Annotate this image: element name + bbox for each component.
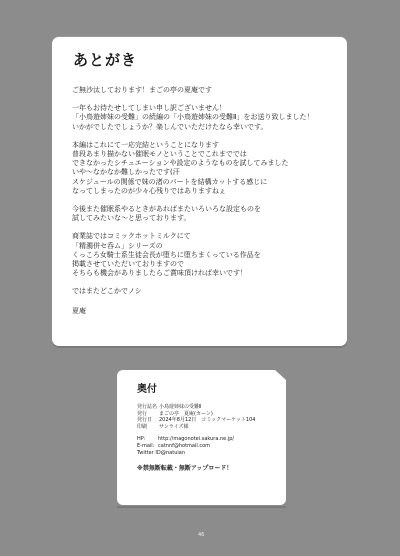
- text-line: スケジュールの関係で妹の渚のパートを結構カットする感じに: [72, 178, 329, 187]
- text-line: そちらも機会がありましたらご賞味頂ければ幸いです！: [72, 269, 329, 278]
- colophon-panel: 奥付 発行誌名 小鳥遊姉妹の受難Ⅱ 発行 まごの亭 夏庵(カーン) 発行日 20…: [117, 370, 286, 505]
- info-row-title: 発行誌名 小鳥遊姉妹の受難Ⅱ: [137, 404, 276, 411]
- publication-info: 発行誌名 小鳥遊姉妹の受難Ⅱ 発行 まごの亭 夏庵(カーン) 発行日 2024年…: [137, 404, 276, 430]
- paragraph-commercial: 商業誌ではコミックホットミルクにて 「精濁併セ呑ム」シリーズの くっころ女騎士系…: [72, 232, 329, 278]
- text-line: 今後また催眠系やるときがあればまたいろいろな設定ものを: [72, 205, 329, 214]
- colophon-title: 奥付: [137, 380, 276, 395]
- text-line: 試してみたいな～と思っております。: [72, 214, 329, 223]
- contact-twitter: @natuian: [161, 450, 185, 457]
- afterword-panel: あとがき ご無沙汰しております！まごの亭の夏庵です 一年もお待たせしてしまい申し…: [52, 37, 347, 346]
- contact-key: HP:: [137, 436, 158, 443]
- contact-row-twitter: Twitter ID: @natuian: [137, 450, 276, 457]
- text-line: 掲載させていただいておりますので: [72, 260, 329, 269]
- text-line: 「精濁併セ呑ム」シリーズの: [72, 242, 329, 251]
- contact-info: HP: http://magonotei.sakura.ne.jp/ E-mai…: [137, 436, 276, 456]
- text-line: なってしまったのが少々心残りではありますねぇ: [72, 187, 329, 196]
- paragraph-greeting: ご無沙汰しております！まごの亭の夏庵です: [72, 86, 329, 95]
- text-line: 本編はこれにて一応完結ということになります: [72, 141, 329, 150]
- info-key: 印刷: [137, 424, 159, 431]
- info-row-date: 発行日 2024年8月12日 コミックマーケット104: [137, 417, 276, 424]
- colophon-shadow: [117, 506, 286, 508]
- contact-row-hp: HP: http://magonotei.sakura.ne.jp/: [137, 436, 276, 443]
- info-key: 発行誌名: [137, 404, 159, 411]
- contact-homepage-link: http://magonotei.sakura.ne.jp/: [158, 436, 234, 443]
- text-line: いや～なかなか難しかったです(汗: [72, 168, 329, 177]
- info-value: 2024年8月12日 コミックマーケット104: [159, 417, 255, 424]
- contact-email: catnnf@hotmail.com: [158, 443, 210, 450]
- text-line: ではまたどこかでノシ: [72, 287, 329, 296]
- text-line: 「小鳥遊姉妹の受難」の続編の「小鳥遊姉妹の受難Ⅱ」をお送り致しました！: [72, 113, 329, 122]
- paragraph-future: 今後また催眠系やるときがあればまたいろいろな設定ものを 試してみたいな～と思って…: [72, 205, 329, 223]
- info-value: サンライズ様: [159, 424, 189, 431]
- copyright-notice: ※禁無断転載・無断アップロード！: [137, 463, 276, 472]
- text-line: 普段あまり描かない催眠モノということでこれまででは: [72, 150, 329, 159]
- text-line: いかがでしたでしょうか？楽しんでいただけたなら幸いです。: [72, 123, 329, 132]
- paragraph-story-notes: 本編はこれにて一応完結ということになります 普段あまり描かない催眠モノということ…: [72, 141, 329, 196]
- paragraph-farewell: ではまたどこかでノシ: [72, 287, 329, 296]
- paragraph-apology: 一年もお待たせしてしまい申し訳ございません！ 「小鳥遊姉妹の受難」の続編の「小鳥…: [72, 104, 329, 132]
- page-number: 46: [198, 532, 204, 538]
- signature: 夏庵: [72, 306, 329, 316]
- text-line: くっころ女騎士系生徒会長が堕ちに堕ちまくっている作品を: [72, 251, 329, 260]
- afterword-title: あとがき: [73, 49, 329, 70]
- contact-key: E-mail:: [137, 443, 158, 450]
- text-line: 商業誌ではコミックホットミルクにて: [72, 232, 329, 241]
- contact-row-email: E-mail: catnnf@hotmail.com: [137, 443, 276, 450]
- info-row-printer: 印刷 サンライズ様: [137, 424, 276, 431]
- info-value: 小鳥遊姉妹の受難Ⅱ: [159, 404, 201, 411]
- info-key: 発行日: [137, 417, 159, 424]
- text-line: ご無沙汰しております！まごの亭の夏庵です: [72, 86, 329, 95]
- contact-key: Twitter ID:: [137, 450, 161, 457]
